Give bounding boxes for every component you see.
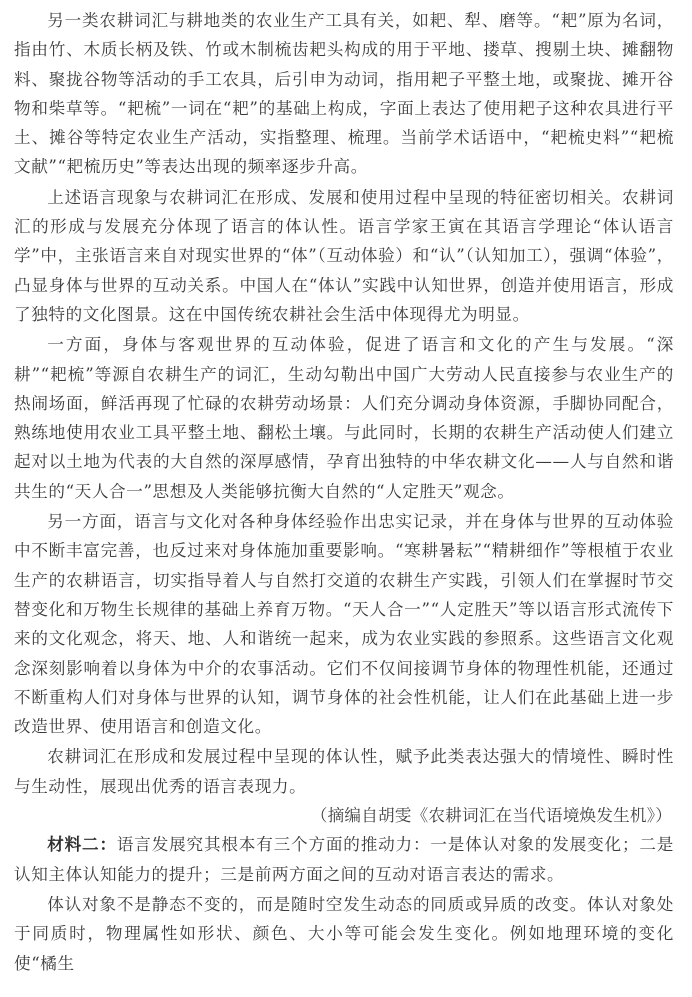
paragraph-language-culture-effect: 另一方面，语言与文化对各种身体经验作出忠实记录，并在身体与世界的互动体验中不断丰… bbox=[14, 507, 674, 741]
paragraph-cognition-object: 体认对象不是静态不变的，而是随时空发生动态的同质或异质的改变。体认对象处于同质时… bbox=[14, 890, 674, 978]
paragraph-body-interaction: 一方面，身体与客观世界的互动体验，促进了语言和文化的产生与发展。“深耕”“耙梳”… bbox=[14, 330, 674, 506]
paragraph-material-two: 材料二：语言发展究其根本有三个方面的推动力：一是体认对象的发展变化；二是认知主体… bbox=[14, 830, 674, 889]
material-two-label: 材料二： bbox=[47, 834, 117, 854]
document-page: 另一类农耕词汇与耕地类的农业生产工具有关，如耙、犁、磨等。“耙”原为名词，指由竹… bbox=[14, 6, 674, 978]
source-citation: （摘编自胡雯《农耕词汇在当代语境焕发生机》） bbox=[14, 801, 674, 830]
paragraph-conclusion: 农耕词汇在形成和发展过程中呈现的体认性，赋予此类表达强大的情境性、瞬时性与生动性… bbox=[14, 742, 674, 801]
paragraph-farming-tools: 另一类农耕词汇与耕地类的农业生产工具有关，如耙、犁、磨等。“耙”原为名词，指由竹… bbox=[14, 6, 674, 182]
paragraph-embodiment-theory: 上述语言现象与农耕词汇在形成、发展和使用过程中呈现的特征密切相关。农耕词汇的形成… bbox=[14, 183, 674, 329]
